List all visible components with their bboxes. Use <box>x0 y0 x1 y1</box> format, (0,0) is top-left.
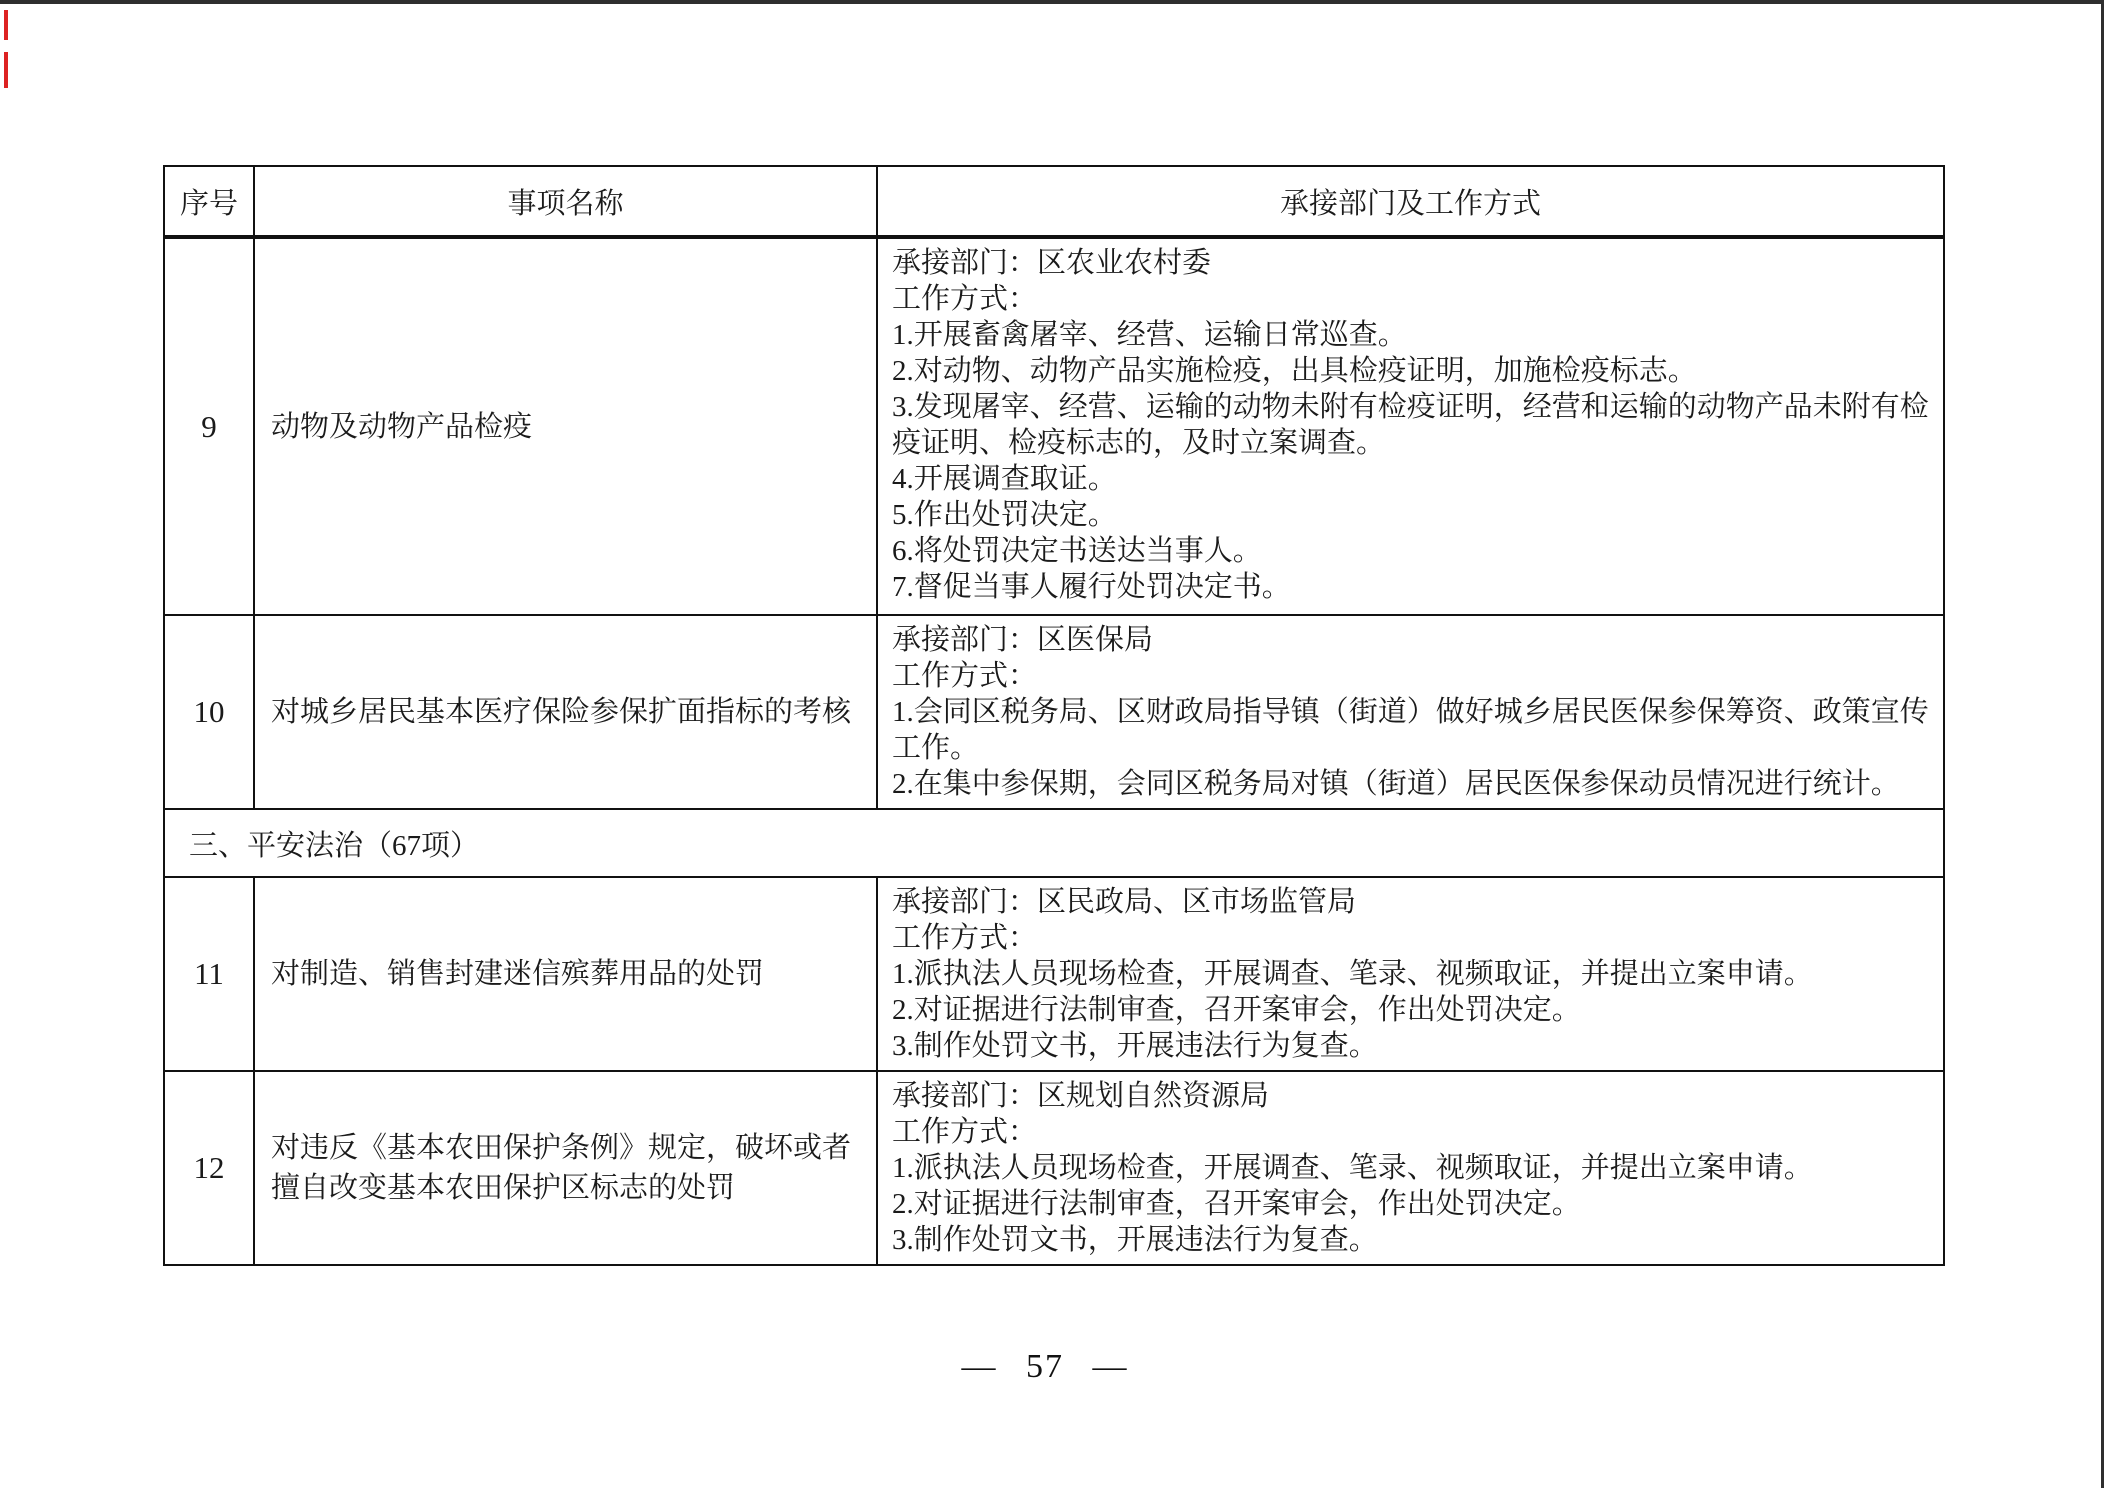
red-mark <box>4 52 8 88</box>
detail-line: 1.开展畜禽屠宰、经营、运输日常巡查。 <box>892 317 1929 353</box>
detail-line: 5.作出处罚决定。 <box>892 497 1929 533</box>
detail-line: 工作方式： <box>892 281 1929 317</box>
detail-line: 7.督促当事人履行处罚决定书。 <box>892 569 1929 605</box>
window-top-edge <box>0 0 2104 4</box>
detail-line: 3.制作处罚文书，开展违法行为复查。 <box>892 1222 1929 1258</box>
page-number: — 57 — <box>0 1348 2090 1386</box>
header-department-method: 承接部门及工作方式 <box>878 167 1943 235</box>
table-row: 10对城乡居民基本医疗保险参保扩面指标的考核承接部门：区医保局工作方式：1.会同… <box>165 614 1943 808</box>
detail-line: 承接部门：区规划自然资源局 <box>892 1078 1929 1114</box>
red-annotation-marks <box>4 10 10 100</box>
header-item-name: 事项名称 <box>255 167 878 235</box>
duty-assignment-table: 序号 事项名称 承接部门及工作方式 9动物及动物产品检疫承接部门：区农业农村委工… <box>163 165 1945 1266</box>
detail-line: 承接部门：区医保局 <box>892 622 1929 658</box>
cell-department-method: 承接部门：区医保局工作方式：1.会同区税务局、区财政局指导镇（街道）做好城乡居民… <box>878 616 1943 808</box>
cell-item-name: 动物及动物产品检疫 <box>255 239 878 614</box>
table-row: 9动物及动物产品检疫承接部门：区农业农村委工作方式：1.开展畜禽屠宰、经营、运输… <box>165 239 1943 614</box>
cell-serial-number: 12 <box>165 1072 255 1264</box>
cell-item-name: 对违反《基本农田保护条例》规定，破坏或者擅自改变基本农田保护区标志的处罚 <box>255 1072 878 1264</box>
table-row: 11对制造、销售封建迷信殡葬用品的处罚承接部门：区民政局、区市场监管局工作方式：… <box>165 876 1943 1070</box>
cell-serial-number: 10 <box>165 616 255 808</box>
cell-department-method: 承接部门：区农业农村委工作方式：1.开展畜禽屠宰、经营、运输日常巡查。2.对动物… <box>878 239 1943 614</box>
detail-line: 工作方式： <box>892 920 1929 956</box>
detail-line: 承接部门：区民政局、区市场监管局 <box>892 884 1929 920</box>
detail-line: 工作方式： <box>892 658 1929 694</box>
table-row: 12对违反《基本农田保护条例》规定，破坏或者擅自改变基本农田保护区标志的处罚承接… <box>165 1070 1943 1264</box>
cell-item-name: 对制造、销售封建迷信殡葬用品的处罚 <box>255 878 878 1070</box>
cell-department-method: 承接部门：区规划自然资源局工作方式：1.派执法人员现场检查，开展调查、笔录、视频… <box>878 1072 1943 1264</box>
detail-line: 工作方式： <box>892 1114 1929 1150</box>
detail-line: 4.开展调查取证。 <box>892 461 1929 497</box>
red-mark <box>4 10 8 40</box>
table-body: 9动物及动物产品检疫承接部门：区农业农村委工作方式：1.开展畜禽屠宰、经营、运输… <box>165 239 1943 1264</box>
detail-line: 1.派执法人员现场检查，开展调查、笔录、视频取证，并提出立案申请。 <box>892 1150 1929 1186</box>
detail-line: 承接部门：区农业农村委 <box>892 245 1929 281</box>
table-header-row: 序号 事项名称 承接部门及工作方式 <box>165 167 1943 239</box>
header-serial-number: 序号 <box>165 167 255 235</box>
detail-line: 2.对证据进行法制审查，召开案审会，作出处罚决定。 <box>892 992 1929 1028</box>
detail-line: 1.会同区税务局、区财政局指导镇（街道）做好城乡居民医保参保筹资、政策宣传工作。 <box>892 694 1929 766</box>
detail-line: 6.将处罚决定书送达当事人。 <box>892 533 1929 569</box>
cell-serial-number: 9 <box>165 239 255 614</box>
section-heading-row: 三、平安法治（67项） <box>165 808 1943 876</box>
detail-line: 2.在集中参保期，会同区税务局对镇（街道）居民医保参保动员情况进行统计。 <box>892 766 1929 802</box>
cell-department-method: 承接部门：区民政局、区市场监管局工作方式：1.派执法人员现场检查，开展调查、笔录… <box>878 878 1943 1070</box>
detail-line: 3.制作处罚文书，开展违法行为复查。 <box>892 1028 1929 1064</box>
cell-serial-number: 11 <box>165 878 255 1070</box>
detail-line: 1.派执法人员现场检查，开展调查、笔录、视频取证，并提出立案申请。 <box>892 956 1929 992</box>
cell-item-name: 对城乡居民基本医疗保险参保扩面指标的考核 <box>255 616 878 808</box>
detail-line: 3.发现屠宰、经营、运输的动物未附有检疫证明，经营和运输的动物产品未附有检疫证明… <box>892 389 1929 461</box>
detail-line: 2.对证据进行法制审查，召开案审会，作出处罚决定。 <box>892 1186 1929 1222</box>
detail-line: 2.对动物、动物产品实施检疫，出具检疫证明，加施检疫标志。 <box>892 353 1929 389</box>
